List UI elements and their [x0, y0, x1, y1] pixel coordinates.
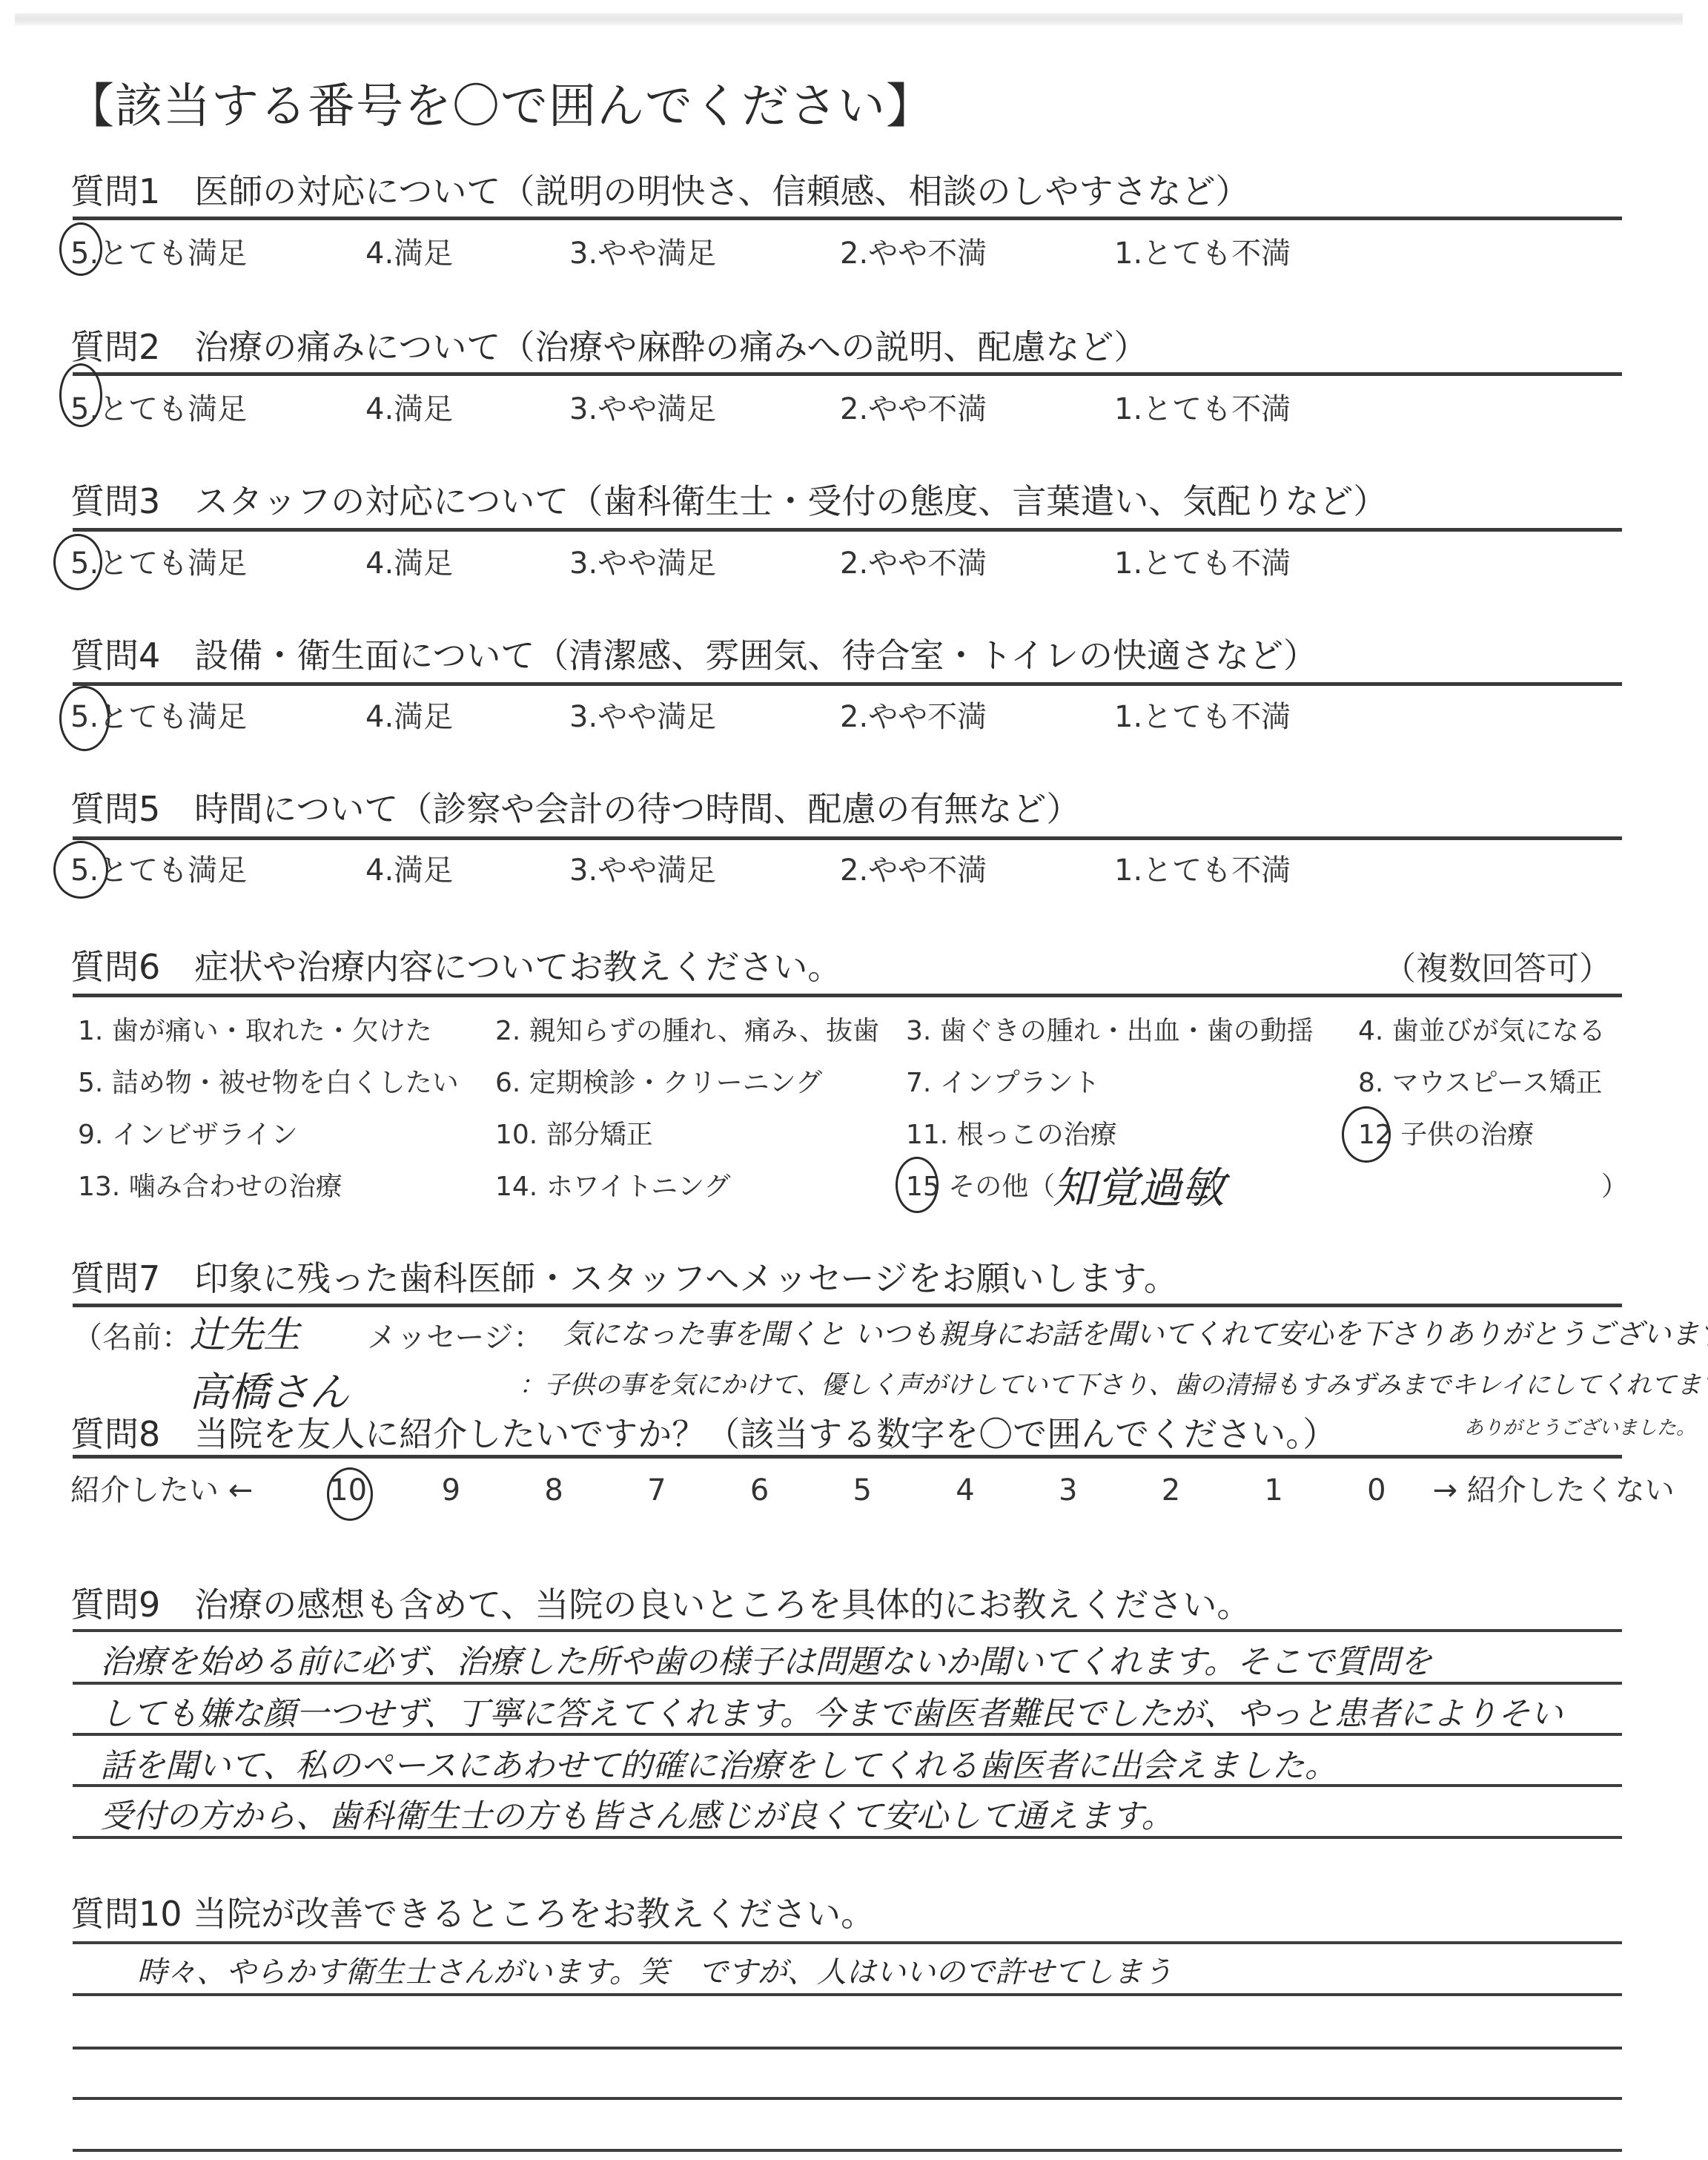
symptom-item-8[interactable]: 8. マウスピース矯正 — [1358, 1062, 1602, 1100]
option-2[interactable]: 2.やや不満 — [840, 386, 987, 428]
question-8-title: 質問8 当院を友人に紹介したいですか？（該当する数字を〇で囲んでください。） — [70, 1407, 1337, 1456]
question-9-title: 質問9 治療の感想も含めて、当院の良いところを具体的にお教えください。 — [70, 1578, 1251, 1627]
option-4[interactable]: 4.満足 — [365, 847, 453, 889]
option-1[interactable]: 1.とても不満 — [1114, 693, 1291, 736]
question-2-options: 5.とても満足 4.満足 3.やや満足 2.やや不満 1.とても不満 — [0, 386, 1708, 430]
symptom-item-3[interactable]: 3. 歯ぐきの腫れ・出血・歯の動揺 — [906, 1010, 1314, 1048]
symptom-item-15-other[interactable]: 15 その他（ — [906, 1166, 1055, 1203]
question-6-title: 質問6 症状や治療内容についてお教えください。 — [70, 940, 841, 989]
scan-top-edge — [15, 13, 1683, 25]
option-5[interactable]: 5.とても満足 — [70, 693, 247, 736]
option-2[interactable]: 2.やや不満 — [840, 540, 987, 582]
option-1[interactable]: 1.とても不満 — [1114, 386, 1291, 428]
scale-left-label: 紹介したい ← — [70, 1473, 253, 1507]
answer-line-4: 受付の方から、歯科衛生士の方も皆さん感じが良くて安心して通えます。 — [100, 1789, 1174, 1837]
symptom-item-12[interactable]: 12 子供の治療 — [1358, 1114, 1534, 1152]
scale-option-0[interactable]: 0 — [1330, 1473, 1423, 1507]
divider — [73, 217, 1622, 220]
writing-line — [73, 1836, 1622, 1839]
option-3[interactable]: 3.やや満足 — [569, 540, 716, 582]
divider — [73, 836, 1622, 840]
scale-option-4[interactable]: 4 — [918, 1473, 1012, 1507]
staff-message-2: ：子供の事を気にかけて、優しく声がけしていて下さり、歯の清掃もすみずみまでキレイ… — [519, 1364, 1708, 1401]
option-1[interactable]: 1.とても不満 — [1114, 540, 1291, 582]
question-3-options: 5.とても満足 4.満足 3.やや満足 2.やや不満 1.とても不満 — [0, 540, 1708, 584]
other-close-paren: ） — [1601, 1166, 1628, 1203]
option-3[interactable]: 3.やや満足 — [569, 693, 716, 736]
divider — [73, 682, 1622, 686]
question-5-options: 5.とても満足 4.満足 3.やや満足 2.やや不満 1.とても不満 — [0, 847, 1708, 891]
divider — [73, 1629, 1622, 1632]
scale-option-7[interactable]: 7 — [610, 1473, 704, 1507]
scale-option-6[interactable]: 6 — [713, 1473, 807, 1507]
symptom-item-5[interactable]: 5. 詰め物・被せ物を白くしたい — [78, 1062, 459, 1100]
divider — [73, 994, 1622, 997]
scale-option-9[interactable]: 9 — [404, 1473, 497, 1507]
option-4[interactable]: 4.満足 — [365, 540, 453, 582]
scale-option-2[interactable]: 2 — [1124, 1473, 1217, 1507]
writing-line — [73, 1733, 1622, 1736]
symptom-item-13[interactable]: 13. 噛み合わせの治療 — [78, 1166, 342, 1203]
question-4-options: 5.とても満足 4.満足 3.やや満足 2.やや不満 1.とても不満 — [0, 693, 1708, 738]
question-5-title: 質問5 時間について（診察や会計の待つ時間、配慮の有無など） — [70, 782, 1080, 831]
symptom-item-10[interactable]: 10. 部分矯正 — [495, 1114, 653, 1152]
symptom-item-6[interactable]: 6. 定期検診・クリーニング — [495, 1062, 822, 1100]
answer-line-2: しても嫌な顔一つせず、丁寧に答えてくれます。今まで歯医者難民でしたが、やっと患者… — [100, 1687, 1563, 1734]
option-5[interactable]: 5.とても満足 — [70, 847, 247, 889]
symptom-item-1[interactable]: 1. 歯が痛い・取れた・欠けた — [78, 1010, 432, 1048]
option-3[interactable]: 3.やや満足 — [569, 230, 716, 272]
name-label: （名前： — [73, 1314, 191, 1356]
symptom-item-2[interactable]: 2. 親知らずの腫れ、痛み、抜歯 — [495, 1010, 879, 1048]
divider — [73, 1455, 1622, 1459]
improvement-line-1: 時々、やらかす衛生士さんがいます。笑 ですが、人はいいので許せてしまう — [137, 1949, 1173, 1991]
question-3-title: 質問3 スタッフの対応について（歯科衛生士・受付の態度、言葉遣い、気配りなど） — [70, 475, 1387, 524]
other-handwritten-text: 知覚過敏 — [1053, 1153, 1225, 1215]
question-4-title: 質問4 設備・衛生面について（清潔感、雰囲気、待合室・トイレの快適さなど） — [70, 629, 1317, 678]
symptom-item-14[interactable]: 14. ホワイトニング — [495, 1166, 730, 1203]
staff-message-1: 気になった事を聞くと いつも親身にお話を聞いてくれて安心を下さりありがとうござい… — [563, 1311, 1708, 1352]
answer-line-1: 治療を始める前に必ず、治療した所や歯の様子は問題ないか聞いてくれます。そこで質問… — [100, 1635, 1432, 1682]
option-4[interactable]: 4.満足 — [365, 230, 453, 272]
option-1[interactable]: 1.とても不満 — [1114, 847, 1291, 889]
writing-line — [73, 2149, 1622, 2152]
symptom-item-9[interactable]: 9. インビザライン — [78, 1114, 298, 1152]
writing-line — [73, 1682, 1622, 1685]
scale-option-10[interactable]: 10 — [302, 1473, 395, 1507]
symptom-item-11[interactable]: 11. 根っこの治療 — [906, 1114, 1117, 1152]
answer-line-3: 話を聞いて、私のペースにあわせて的確に治療をしてくれる歯医者に出会えました。 — [100, 1739, 1337, 1786]
writing-line — [73, 2047, 1622, 2050]
option-4[interactable]: 4.満足 — [365, 386, 453, 428]
staff-name-1: 辻先生 — [189, 1305, 300, 1358]
writing-line — [73, 2097, 1622, 2100]
referral-scale: 紹介したい ← 10 9 8 7 6 5 4 3 2 1 0 → 紹介したくない — [70, 1467, 1675, 1509]
option-2[interactable]: 2.やや不満 — [840, 693, 987, 736]
option-5[interactable]: 5.とても満足 — [70, 386, 247, 428]
option-3[interactable]: 3.やや満足 — [569, 847, 716, 889]
selected-circle-mark — [327, 1467, 373, 1521]
option-4[interactable]: 4.満足 — [365, 693, 453, 736]
question-10-title: 質問10 当院が改善できるところをお教えください。 — [70, 1887, 875, 1936]
multiple-answers-note: （複数回答可） — [1383, 942, 1612, 989]
divider — [73, 1941, 1622, 1944]
symptom-item-7[interactable]: 7. インプラント — [906, 1062, 1100, 1100]
divider — [73, 372, 1622, 376]
option-3[interactable]: 3.やや満足 — [569, 386, 716, 428]
option-5[interactable]: 5.とても満足 — [70, 540, 247, 582]
scale-option-5[interactable]: 5 — [815, 1473, 909, 1507]
question-1-options: 5.とても満足 4.満足 3.やや満足 2.やや不満 1.とても不満 — [0, 230, 1708, 274]
page-title: 【該当する番号を〇で囲んでください】 — [67, 68, 934, 136]
question-1-title: 質問1 医師の対応について（説明の明快さ、信頼感、相談のしやすさなど） — [70, 165, 1250, 214]
option-5[interactable]: 5.とても満足 — [70, 230, 247, 272]
question-7-title: 質問7 印象に残った歯科医師・スタッフへメッセージをお願いします。 — [70, 1252, 1178, 1301]
scale-option-1[interactable]: 1 — [1227, 1473, 1320, 1507]
writing-line — [73, 1993, 1622, 1996]
question-2-title: 質問2 治療の痛みについて（治療や麻酔の痛みへの説明、配慮など） — [70, 320, 1148, 369]
divider — [73, 1304, 1622, 1307]
option-1[interactable]: 1.とても不満 — [1114, 230, 1291, 272]
scale-right-label: → 紹介したくない — [1433, 1473, 1675, 1507]
scale-option-3[interactable]: 3 — [1022, 1473, 1115, 1507]
staff-message-trailing: ありがとうございました。 — [1464, 1413, 1695, 1440]
symptom-item-4[interactable]: 4. 歯並びが気になる — [1358, 1010, 1606, 1048]
option-2[interactable]: 2.やや不満 — [840, 230, 987, 272]
option-2[interactable]: 2.やや不満 — [840, 847, 987, 889]
writing-line — [73, 1784, 1622, 1787]
scale-option-8[interactable]: 8 — [507, 1473, 600, 1507]
message-label: メッセージ： — [367, 1314, 543, 1356]
divider — [73, 528, 1622, 532]
